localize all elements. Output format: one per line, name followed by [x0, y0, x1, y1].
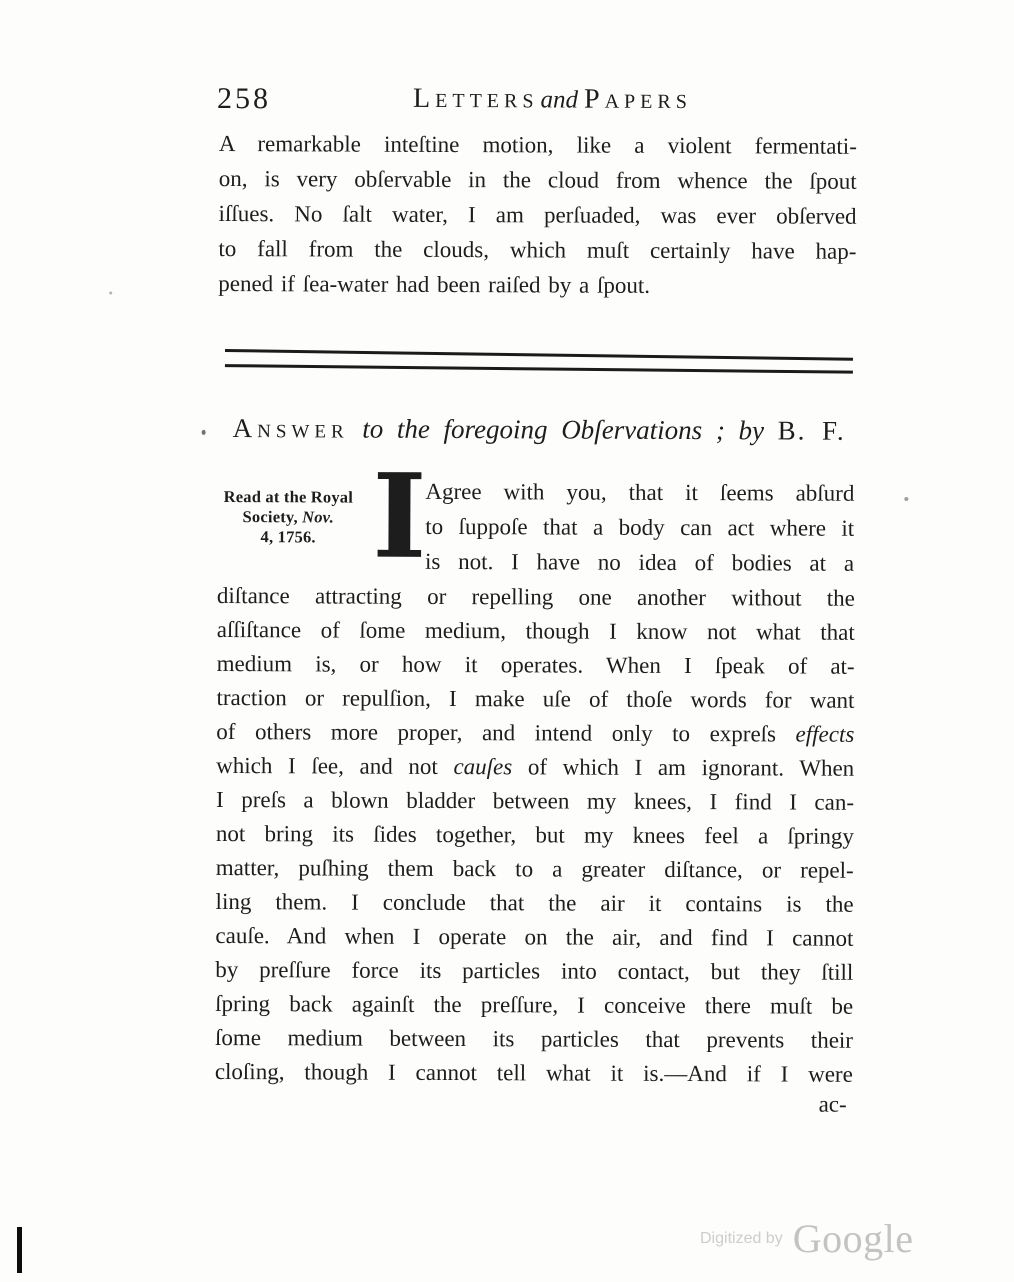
heading-answer-word: Answer: [233, 413, 349, 444]
margin-note-line: Society, Nov.: [208, 507, 368, 528]
text-line: ſome medium between its particles that p…: [215, 1021, 853, 1058]
text-line: to fall from the clouds, which muſt cert…: [218, 231, 856, 269]
text-segment: of others more proper, and intend only t…: [216, 719, 776, 746]
text-line: Agree with you, that it ſeems abſurd: [425, 474, 854, 511]
text-line: on, is very obſervable in the cloud from…: [219, 161, 857, 199]
text-line: A remarkable inteſtine motion, like a vi…: [219, 126, 857, 164]
text-line: medium is, or how it operates. When I ſp…: [217, 647, 855, 684]
drop-cap-initial: I: [372, 469, 427, 565]
dropcap-text-column: Agree with you, that it ſeems abſurd to …: [425, 474, 854, 581]
page-content: 258 LettersandPapers A remarkable inteſt…: [0, 0, 1014, 1282]
text-line: to ſuppoſe that a body can act where it: [425, 509, 854, 546]
margin-note: Read at the Royal Society, Nov. 4, 1756.: [208, 487, 368, 548]
main-paragraph: diſtance attracting or repelling one ano…: [215, 579, 855, 1092]
heading-by-word: by: [738, 415, 764, 445]
margin-note-line: 4, 1756.: [208, 527, 368, 548]
double-rule-bottom: [225, 364, 853, 374]
scanned-book-page: 258 LettersandPapers A remarkable inteſt…: [0, 0, 1014, 1282]
scan-edge-mark: [17, 1227, 22, 1273]
margin-note-society: Society,: [243, 507, 298, 526]
page-number: 258: [217, 82, 271, 116]
section-heading: Answer to the foregoing Obſervations ; b…: [233, 409, 846, 450]
running-title-word1: Letters: [413, 83, 539, 115]
text-line: is not. I have no idea of bodies at a: [425, 544, 854, 581]
text-line: ſpring back againſt the preſſure, I conc…: [215, 987, 853, 1024]
text-line: cauſe. And when I operate on the air, an…: [215, 919, 853, 956]
text-segment: which I ſee, and not: [216, 753, 438, 779]
running-title-conjunction: and: [540, 86, 578, 113]
text-line: cloſing, though I cannot tell what it is…: [215, 1055, 853, 1092]
double-rule-top: [225, 349, 853, 361]
catchword: ac-: [215, 1089, 853, 1118]
heading-author-initials: B. F.: [778, 415, 846, 445]
text-line: diſtance attracting or repelling one ano…: [217, 579, 855, 616]
italic-word-causes: cauſes: [453, 754, 512, 779]
text-line: I preſs a blown bladder between my knees…: [216, 783, 854, 820]
running-title-word2: Papers: [584, 84, 692, 115]
text-line: pened if ſea-water had been raiſed by a …: [218, 266, 856, 304]
watermark-prefix: Digitized by: [700, 1230, 783, 1248]
text-line: traction or repulſion, I make uſe of tho…: [216, 681, 854, 718]
text-line: ling them. I conclude that the air it co…: [216, 885, 854, 922]
running-title: LettersandPapers: [413, 83, 692, 116]
google-logo: Google: [793, 1215, 914, 1262]
digitized-by-google-watermark: Digitized by Google: [700, 1215, 913, 1262]
text-line: iſſues. No ſalt water, I am perſuaded, w…: [219, 196, 857, 234]
text-segment: of which I am ignorant. When: [528, 754, 854, 780]
text-line-with-italic: of others more proper, and intend only t…: [216, 715, 854, 752]
margin-note-month: Nov.: [302, 507, 334, 526]
scan-speck: [904, 497, 908, 501]
scan-speck: [109, 292, 112, 295]
text-line: matter, puſhing them back to a greater d…: [216, 851, 854, 888]
heading-italic-text: to the foregoing Obſervations ;: [362, 414, 725, 446]
text-line: not bring its ſides together, but my kne…: [216, 817, 854, 854]
text-line-with-italic: which I ſee, and not cauſes of which I a…: [216, 749, 854, 786]
scan-speck: [202, 430, 206, 435]
intro-paragraph: A remarkable inteſtine motion, like a vi…: [218, 126, 857, 304]
margin-note-line: Read at the Royal: [208, 487, 368, 508]
text-line: by preſſure force its particles into con…: [215, 953, 853, 990]
italic-word-effects: effects: [796, 722, 855, 747]
text-line: aſſiſtance of ſome medium, though I know…: [217, 613, 855, 650]
